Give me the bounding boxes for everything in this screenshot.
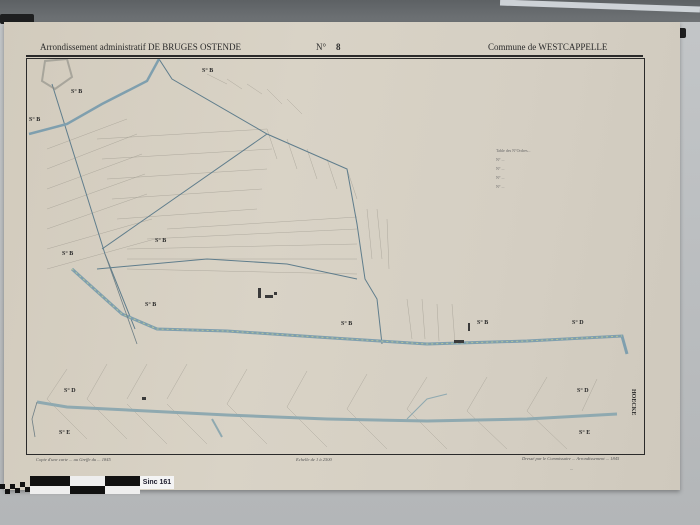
legend-row: N° ... bbox=[496, 173, 531, 182]
svg-text:S° D: S° D bbox=[572, 319, 584, 326]
photo-label: Sinc 161 bbox=[140, 476, 174, 489]
border-label-hoecke: HOECKE bbox=[630, 389, 636, 415]
svg-text:S° E: S° E bbox=[59, 429, 70, 436]
svg-text:S° D: S° D bbox=[64, 387, 76, 394]
legend-title: Table des N°Ordres... bbox=[496, 146, 531, 155]
svg-text:S° D: S° D bbox=[577, 387, 589, 394]
waterways bbox=[29, 59, 627, 437]
color-scale-bar bbox=[0, 476, 150, 496]
legend-row: N° ... bbox=[496, 182, 531, 191]
footer-signature: ... bbox=[570, 466, 573, 471]
cadastral-map: S° BS° BS° B S° BS° BS° B S° BS° BS° D S… bbox=[27, 59, 642, 452]
header-right-title: Commune de WESTCAPPELLE bbox=[488, 42, 607, 52]
svg-text:S° B: S° B bbox=[155, 237, 166, 244]
sheet-number-prefix: N° bbox=[316, 42, 326, 52]
section-labels: S° BS° BS° B S° BS° BS° B S° BS° BS° D S… bbox=[29, 67, 590, 436]
footer-scale-note: Echelle de 1 à 2500 bbox=[296, 457, 332, 462]
header-left-title: Arrondissement administratif DE BRUGES O… bbox=[40, 42, 241, 52]
parcel-lines bbox=[47, 74, 597, 449]
svg-text:S° B: S° B bbox=[29, 116, 40, 123]
fort-outline bbox=[42, 59, 72, 89]
svg-text:S° B: S° B bbox=[202, 67, 213, 74]
svg-text:S° B: S° B bbox=[71, 88, 82, 95]
svg-text:S° B: S° B bbox=[145, 301, 156, 308]
map-legend: Table des N°Ordres... N° ... N° ... N° .… bbox=[496, 146, 531, 191]
svg-text:S° B: S° B bbox=[477, 319, 488, 326]
legend-row: N° ... bbox=[496, 164, 531, 173]
commune-boundaries bbox=[52, 59, 382, 344]
footer-left-note: Copie d'une carte ... au Greffe du ... 1… bbox=[36, 457, 111, 462]
legend-row: N° ... bbox=[496, 155, 531, 164]
svg-text:S° B: S° B bbox=[62, 250, 73, 257]
svg-text:S° E: S° E bbox=[579, 429, 590, 436]
svg-text:S° B: S° B bbox=[341, 320, 352, 327]
header-rule bbox=[26, 55, 643, 57]
sheet-number: 8 bbox=[336, 42, 341, 52]
footer-right-note: Dressé par le Commissaire ... Arrondisse… bbox=[522, 456, 619, 461]
